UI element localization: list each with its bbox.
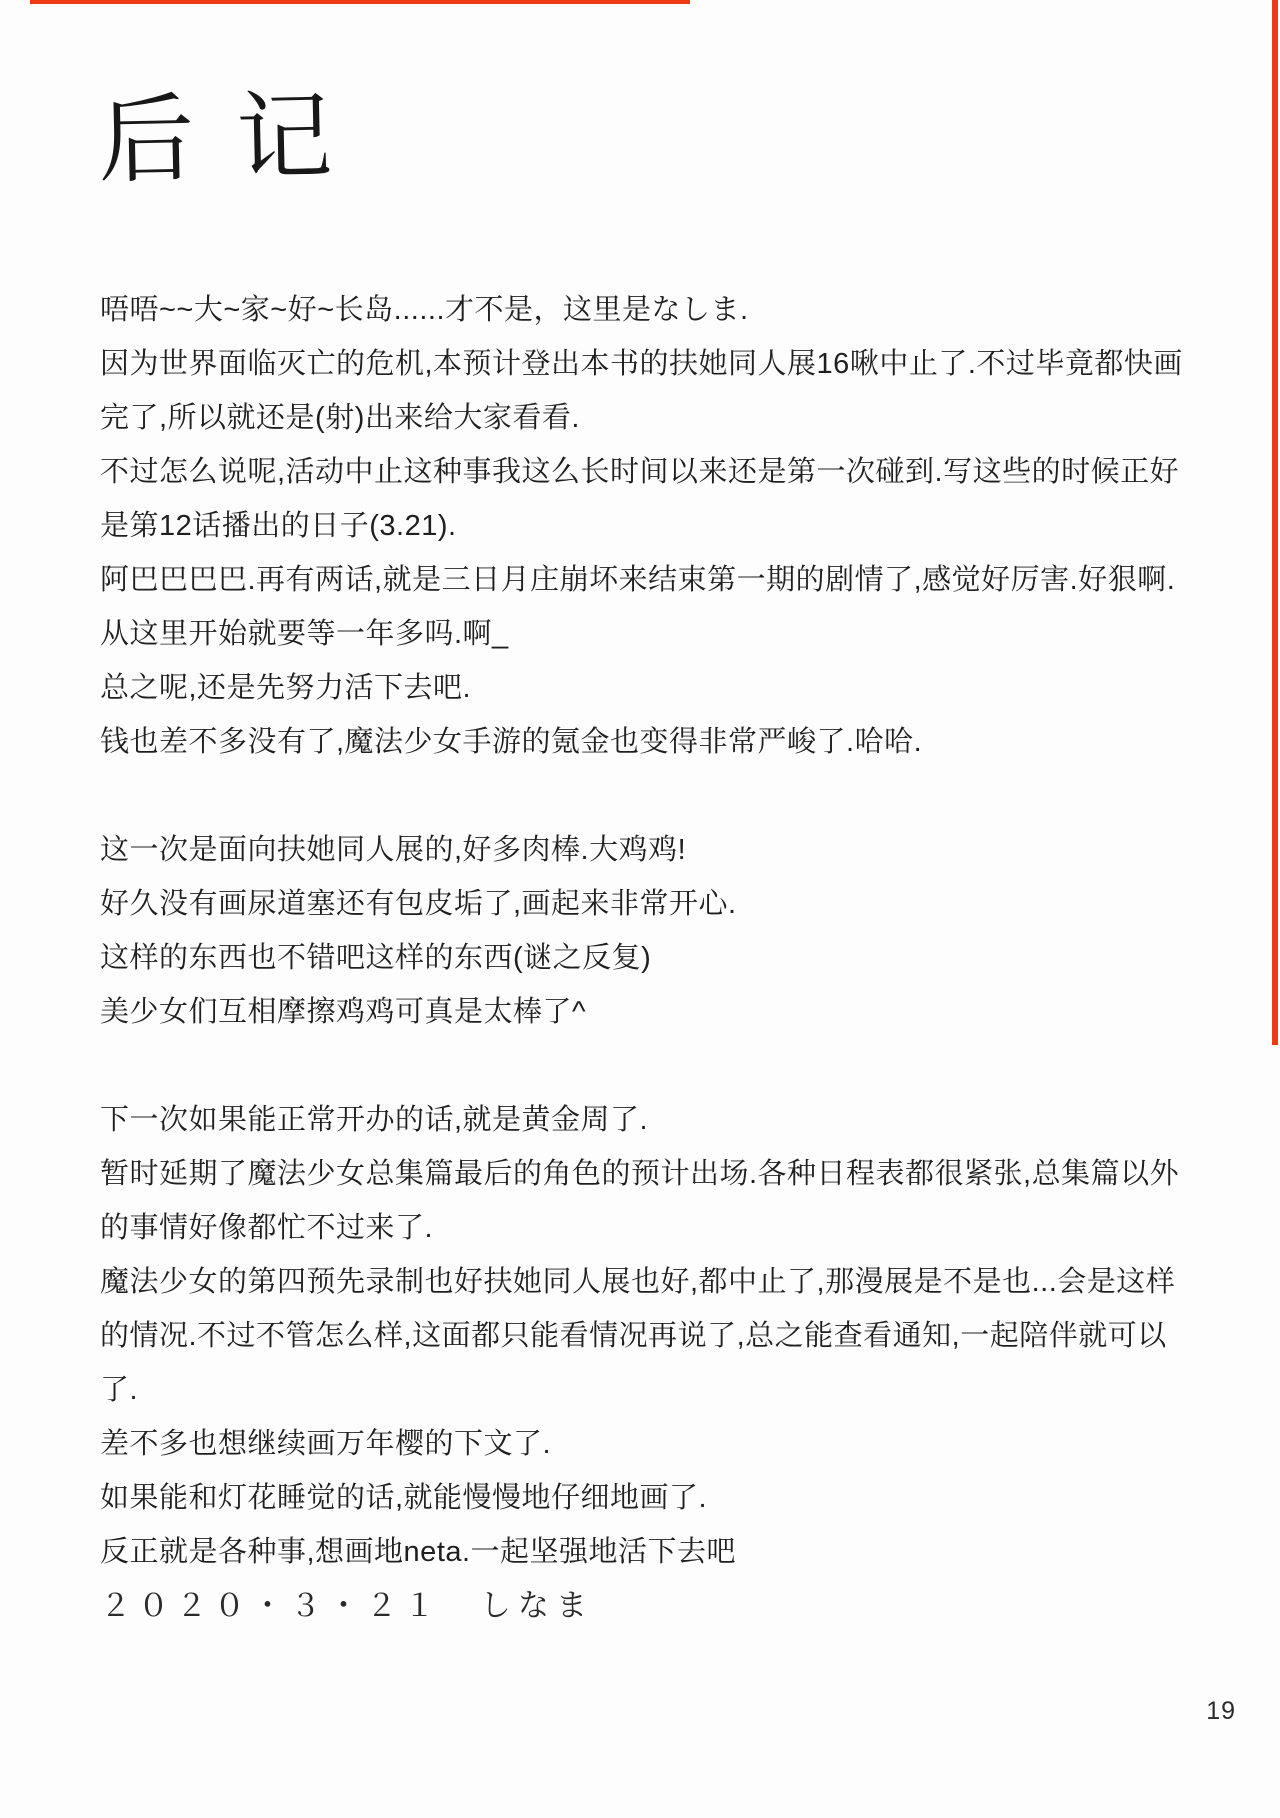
afterword-line: 完了,所以就还是(射)出来给大家看看.: [100, 391, 1210, 445]
afterword-line: 魔法少女的第四预先录制也好扶她同人展也好,都中止了,那漫展是不是也...会是这样: [100, 1255, 1210, 1309]
afterword-line: 因为世界面临灭亡的危机,本预计登出本书的扶她同人展16啾中止了.不过毕竟都快画: [100, 337, 1210, 391]
afterword-line: 唔唔~~大~家~好~长岛......才不是，这里是なしま.: [100, 283, 1210, 337]
afterword-line: 的情况.不过不管怎么样,这面都只能看情况再说了,总之能查看通知,一起陪伴就可以: [100, 1309, 1210, 1363]
afterword-line: 不过怎么说呢,活动中止这种事我这么长时间以来还是第一次碰到.写这些的时候正好: [100, 445, 1210, 499]
afterword-line: 如果能和灯花睡觉的话,就能慢慢地仔细地画了.: [100, 1471, 1210, 1525]
afterword-body: 唔唔~~大~家~好~长岛......才不是，这里是なしま. 因为世界面临灭亡的危…: [100, 283, 1210, 1633]
afterword-line: 下一次如果能正常开办的话,就是黄金周了.: [100, 1093, 1210, 1147]
page-title: 后记: [97, 59, 376, 202]
afterword-line: 阿巴巴巴巴.再有两话,就是三日月庄崩坏来结束第一期的剧情了,感觉好厉害.好狠啊.: [100, 553, 1210, 607]
afterword-line: 的事情好像都忙不过来了.: [100, 1201, 1210, 1255]
afterword-line: 这样的东西也不错吧这样的东西(谜之反复): [100, 931, 1210, 985]
afterword-line: 美少女们互相摩擦鸡鸡可真是太棒了^: [100, 985, 1210, 1039]
afterword-paragraph-block-1: 唔唔~~大~家~好~长岛......才不是，这里是なしま. 因为世界面临灭亡的危…: [100, 283, 1210, 769]
afterword-line: 钱也差不多没有了,魔法少女手游的氪金也变得非常严峻了.哈哈.: [100, 715, 1210, 769]
afterword-line: 暂时延期了魔法少女总集篇最后的角色的预计出场.各种日程表都很紧张,总集篇以外: [100, 1147, 1210, 1201]
afterword-line: 是第12话播出的日子(3.21).: [100, 499, 1210, 553]
signature-date-line: ２０２０・３・２１ しなま: [100, 1579, 1210, 1633]
afterword-paragraph-block-2: 这一次是面向扶她同人展的,好多肉棒.大鸡鸡! 好久没有画尿道塞还有包皮垢了,画起…: [100, 823, 1210, 1039]
afterword-line: 反正就是各种事,想画地neta.一起坚强地活下去吧: [100, 1525, 1210, 1579]
afterword-line: 总之呢,还是先努力活下去吧.: [100, 661, 1210, 715]
afterword-page: 后记 唔唔~~大~家~好~长岛......才不是，这里是なしま. 因为世界面临灭…: [0, 0, 1280, 1818]
afterword-line: 差不多也想继续画万年樱的下文了.: [100, 1417, 1210, 1471]
afterword-line: 从这里开始就要等一年多吗.啊_: [100, 607, 1210, 661]
afterword-line: 这一次是面向扶她同人展的,好多肉棒.大鸡鸡!: [100, 823, 1210, 877]
scan-red-edge-right: [1272, 0, 1278, 1045]
page-number: 19: [1206, 1697, 1236, 1726]
scan-red-edge-top: [30, 0, 690, 4]
afterword-line: 了.: [100, 1363, 1210, 1417]
afterword-paragraph-block-3: 下一次如果能正常开办的话,就是黄金周了. 暂时延期了魔法少女总集篇最后的角色的预…: [100, 1093, 1210, 1633]
afterword-line: 好久没有画尿道塞还有包皮垢了,画起来非常开心.: [100, 877, 1210, 931]
